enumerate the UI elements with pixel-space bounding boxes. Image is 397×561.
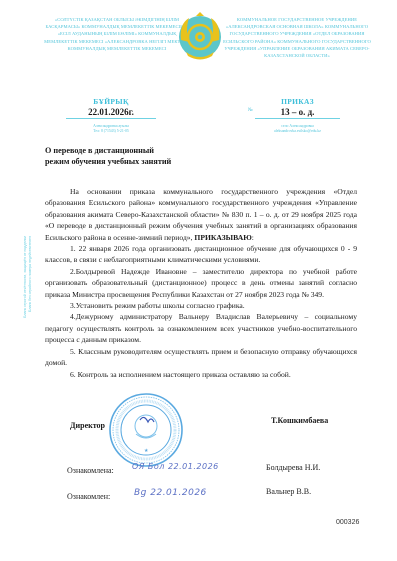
header-org-kz: «Солтүстік Қазақстан облысы әкімдігінің …: [42, 16, 192, 52]
order-date: 22.01.2026г.: [66, 107, 156, 117]
order-item-5: 5. Классным руководителям осуществлять п…: [45, 346, 357, 369]
order-word: ПРИКАЗЫВАЮ: [194, 233, 251, 242]
date-underline: [66, 118, 156, 119]
side-strip-line-2: Бланк без серийного номера недействителе…: [28, 236, 33, 312]
ack-label-1: Ознакомлена:: [67, 466, 114, 475]
phone: Тел: 8 (71543) 5-21-05: [66, 129, 156, 134]
order-kz-block: БҰЙРЫҚ 22.01.2026г. Александровка ауылы …: [66, 97, 156, 134]
order-item-1: 1. 22 января 2026 года организовать дист…: [45, 243, 357, 266]
ack-handwritten-2: Вg 22.01.2026: [134, 488, 207, 498]
order-subject: О переводе в дистанционный режим обучени…: [45, 145, 171, 167]
ack-label-2: Ознакомлен:: [67, 492, 110, 501]
ack-name-2: Вальнер В.В.: [266, 487, 311, 496]
order-item-4: 4.Дежурному администратору Вальнеру Влад…: [45, 311, 357, 345]
order-item-3: 3.Установить режим работы школы согласно…: [45, 300, 357, 311]
school-seal-stamp-icon: ★: [108, 392, 184, 468]
director-name: Т.Кошкимбаева: [271, 416, 328, 425]
side-strip-line-1: Бланк строгой отчётности, защищён от под…: [23, 236, 28, 318]
svg-text:★: ★: [144, 448, 149, 454]
preamble: На основании приказа коммунального госуд…: [45, 186, 357, 243]
document-serial-number: 000326: [336, 519, 359, 526]
ack-handwritten-1: ОЯ Бол 22.01.2026: [132, 462, 219, 471]
subject-line-1: О переводе в дистанционный: [45, 145, 171, 156]
security-side-strip: Бланк строгой отчётности, защищён от под…: [23, 236, 37, 358]
order-body: На основании приказа коммунального госуд…: [45, 186, 357, 380]
header-org-ru: Коммунальное государственное учреждение …: [222, 16, 372, 59]
email: aleksandrovka.esilsko@edu.kz: [255, 129, 340, 134]
order-item-2: 2.Болдыревой Надежде Ивановне – заместит…: [45, 266, 357, 300]
state-emblem-icon: [177, 12, 223, 62]
order-title-kz: БҰЙРЫҚ: [66, 97, 156, 106]
ack-name-1: Болдырева Н.И.: [266, 463, 320, 472]
number-sign: №: [248, 108, 253, 113]
colon: :: [252, 233, 254, 242]
number-underline: [255, 118, 340, 119]
order-number: 13 – о. д.: [255, 107, 340, 117]
subject-line-2: режим обучения учебных занятий: [45, 156, 171, 167]
order-item-6: 6. Контроль за исполнением настоящего пр…: [45, 369, 357, 380]
order-ru-block: ПРИКАЗ 13 – о. д. село Александровка ale…: [255, 97, 340, 134]
director-title: Директор: [70, 421, 105, 430]
order-title-ru: ПРИКАЗ: [255, 97, 340, 106]
